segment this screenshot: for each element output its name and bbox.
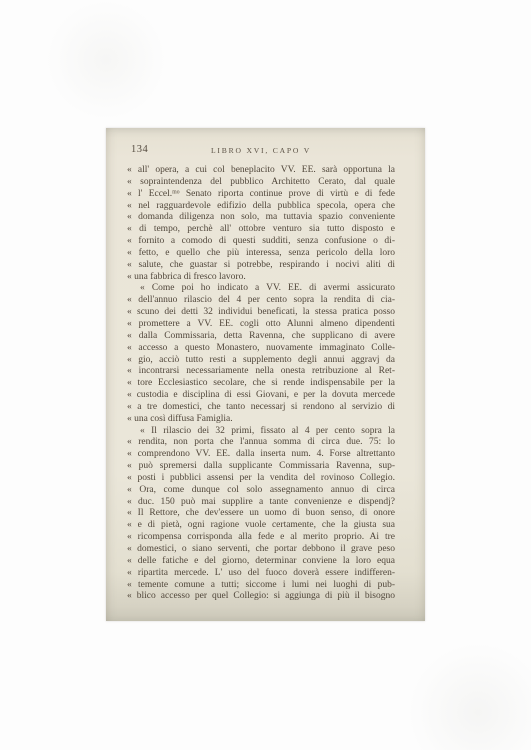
text-line: « temente comune a tutti; siccome i lumi…	[127, 580, 395, 592]
text-line: « salute, che guastar si potrebbe, respi…	[127, 260, 395, 272]
text-line: « una così diffusa Famiglia.	[127, 414, 395, 426]
text-lines: « all' opera, a cui col beneplacito VV. …	[127, 165, 395, 603]
text-line: « all' opera, a cui col beneplacito VV. …	[127, 165, 395, 177]
text-line: « nel ragguardevole edifizio della pubbl…	[127, 201, 395, 213]
text-line: « Il rilascio dei 32 primi, fissato al 4…	[127, 426, 395, 438]
text-line: « domanda diligenza non solo, ma tuttavi…	[127, 212, 395, 224]
text-line: « dell'annuo rilascio del 4 per cento so…	[127, 295, 395, 307]
text-line: « tore Ecclesiastico secolare, che si re…	[127, 378, 395, 390]
text-line: « accesso a questo Monastero, nuovamente…	[127, 343, 395, 355]
text-line: « scuno dei detti 32 individui beneficat…	[127, 307, 395, 319]
text-line: « promettere a VV. EE. cogli otto Alunni…	[127, 319, 395, 331]
text-line: « rendita, non porta che l'annua somma d…	[127, 437, 395, 449]
text-line: « ripartita mercede. L' uso del fuoco do…	[127, 568, 395, 580]
text-line: « Ora, come dunque col solo assegnamento…	[127, 485, 395, 497]
text-line: « sopraintendenza del pubblico Architett…	[127, 177, 395, 189]
text-line: « l' Eccel.ᵐᵒ Senato riporta continue pr…	[127, 189, 395, 201]
text-line: « dalla Commissaria, detta Ravenna, che …	[127, 331, 395, 343]
text-line: « a tre domestici, che tanto necessarj s…	[127, 402, 395, 414]
text-line: « Come poi ho indicato a VV. EE. di aver…	[127, 283, 395, 295]
page-header: 134 LIBRO XVI, CAPO V	[127, 144, 395, 158]
text-line: « fornito a comodo di questi sudditi, se…	[127, 236, 395, 248]
text-line: « blico accesso per quel Collegio: si ag…	[127, 591, 395, 603]
text-line: « può spremersi dalla supplicante Commis…	[127, 461, 395, 473]
text-line: « ricompensa corrisponda alla fede e al …	[127, 532, 395, 544]
text-line: « una fabbrica di fresco lavoro.	[127, 272, 395, 284]
text-line: « gio, acciò tutto resti a supplemento d…	[127, 355, 395, 367]
text-line: « fetto, e quello che più interessa, sen…	[127, 248, 395, 260]
text-line: « delle fatiche e del giorno, determinar…	[127, 556, 395, 568]
text-line: « comprendono VV. EE. dalla inserta num.…	[127, 449, 395, 461]
text-line: « posti i pubblici assensi per la vendit…	[127, 473, 395, 485]
running-header: LIBRO XVI, CAPO V	[211, 146, 311, 155]
book-page: 134 LIBRO XVI, CAPO V « all' opera, a cu…	[106, 128, 425, 621]
text-line: « incontrarsi necessariamente nella ones…	[127, 366, 395, 378]
text-line: « custodia e disciplina di essi Giovani,…	[127, 390, 395, 402]
text-line: « duc. 150 può mai supplire a tante conv…	[127, 497, 395, 509]
text-line: « Il Rettore, che dev'essere un uomo di …	[127, 508, 395, 520]
text-line: « di tempo, perchè all' ottobre venturo …	[127, 224, 395, 236]
text-line: « e di pietà, ogni ragione vuole certame…	[127, 520, 395, 532]
text-line: « domestici, o siano serventi, che porta…	[127, 544, 395, 556]
scan-background: 134 LIBRO XVI, CAPO V « all' opera, a cu…	[0, 0, 531, 750]
page-number: 134	[131, 144, 148, 155]
